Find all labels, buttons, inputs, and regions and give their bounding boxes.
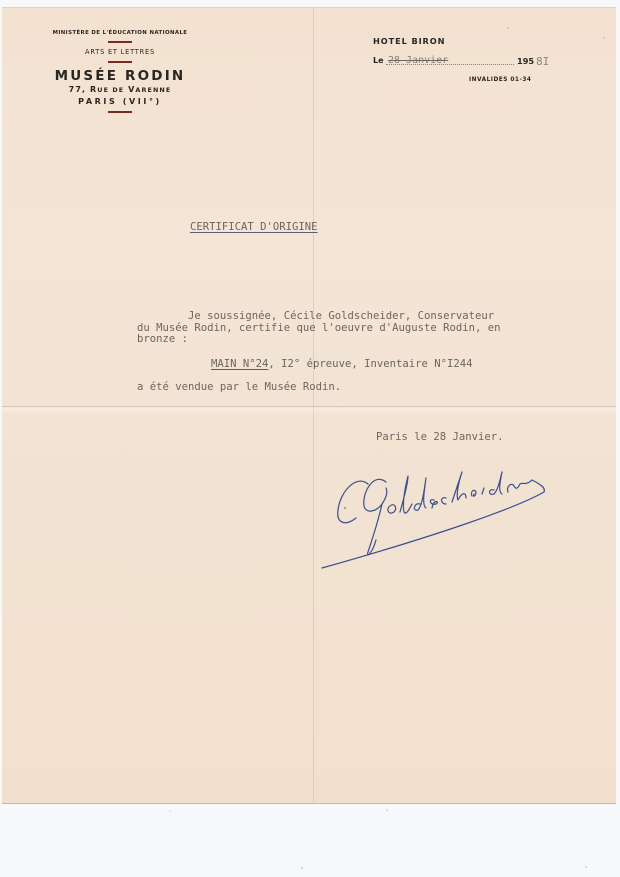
place-date: Paris le 28 Janvier. (376, 432, 504, 444)
struck-typed-date: 28 Janvier (388, 55, 448, 66)
ministry-name: MINISTÈRE DE L'ÉDUCATION NATIONALE (30, 30, 210, 36)
typed-year-suffix: 8I (536, 55, 549, 68)
body-line: du Musée Rodin, certifie que l'oeuvre d'… (137, 323, 501, 335)
artwork-line: MAIN N°24, I2° épreuve, Inventaire N°I24… (211, 359, 473, 371)
letterhead-rule (108, 61, 132, 63)
city-address: PARIS (VII°) (30, 96, 210, 107)
printed-year: 195 (517, 56, 534, 66)
sale-statement: a été vendue par le Musée Rodin. (137, 382, 341, 394)
building-name: HOTEL BIRON (373, 36, 593, 46)
artwork-title: MAIN N°24 (211, 358, 268, 370)
body-line: bronze : (137, 334, 501, 346)
phone-number: INVALIDES 01-34 (469, 77, 531, 83)
letterhead-rule (108, 111, 132, 113)
scanned-page: MINISTÈRE DE L'ÉDUCATION NATIONALE ARTS … (0, 0, 620, 877)
header-right: HOTEL BIRON Le 28 Janvier 195 8I INVALID… (373, 36, 593, 69)
signature-icon (316, 462, 556, 572)
street-address: 77, RUE DE VARENNE (30, 84, 210, 96)
museum-name: MUSÉE RODIN (30, 68, 210, 84)
department-name: ARTS ET LETTRES (30, 48, 210, 56)
date-line: Le 28 Janvier 195 8I (373, 55, 593, 69)
date-prefix: Le (373, 56, 384, 65)
body-line: Je soussignée, Cécile Goldscheider, Cons… (137, 311, 501, 323)
artwork-details: , I2° épreuve, Inventaire N°I244 (268, 358, 472, 370)
letterhead: MINISTÈRE DE L'ÉDUCATION NATIONALE ARTS … (30, 28, 210, 118)
certificate-title: CERTIFICAT D'ORIGINE (190, 222, 318, 234)
fold-shadow (2, 408, 616, 414)
letterhead-rule (108, 41, 132, 43)
letter-paper (2, 8, 616, 803)
certificate-body: Je soussignée, Cécile Goldscheider, Cons… (137, 311, 501, 346)
